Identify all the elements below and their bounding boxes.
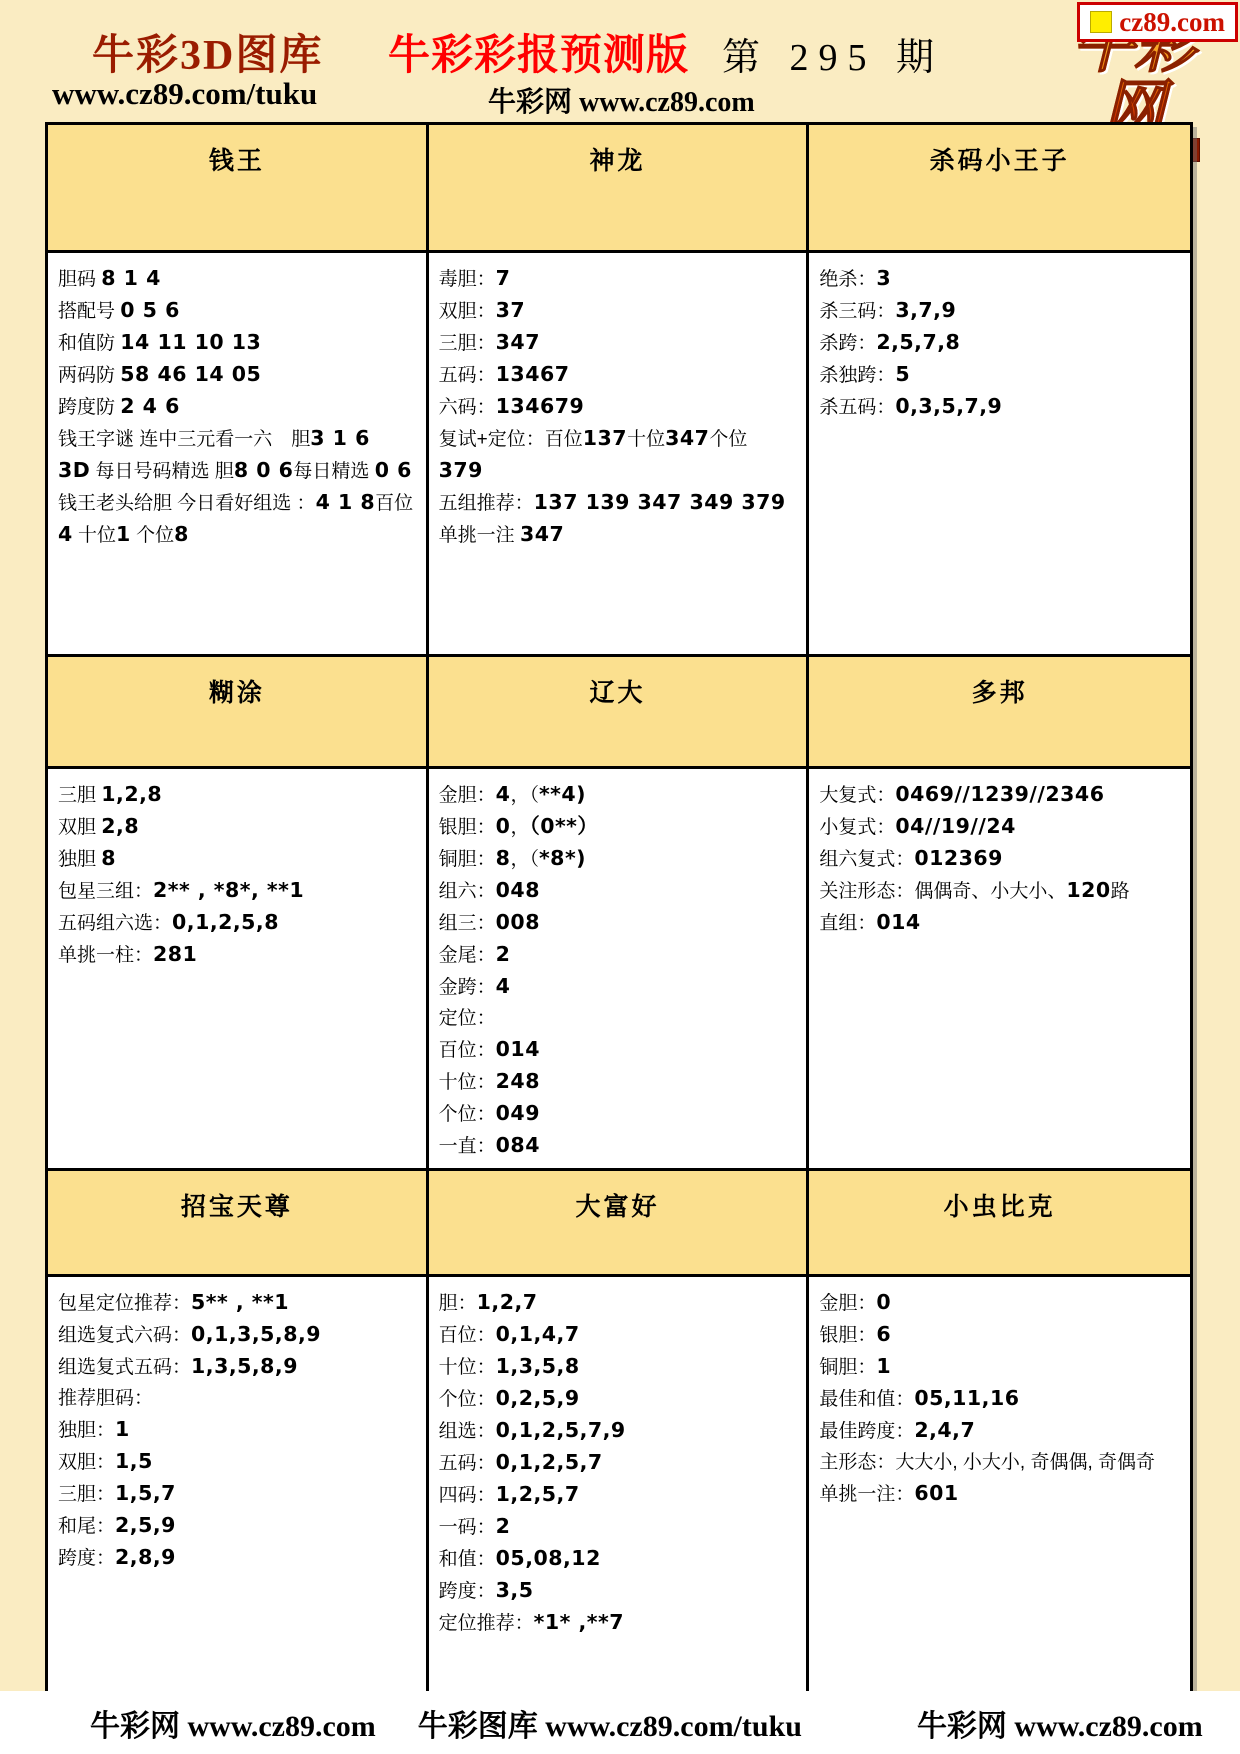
prediction-line: 百位：014 xyxy=(439,1034,797,1066)
prediction-line: 个位：0,2,5,9 xyxy=(439,1383,797,1415)
prediction-line: 杀三码：3,7,9 xyxy=(819,295,1180,327)
panel-title-shama: 杀码小王子 xyxy=(809,125,1190,253)
prediction-line: 三胆：347 xyxy=(439,327,797,359)
tuku-url: www.cz89.com/tuku xyxy=(52,76,317,112)
prediction-line: 钱王字谜 连中三元看一六 胆3 1 6 xyxy=(58,423,416,455)
site-title: 牛彩3D图库 xyxy=(92,22,323,82)
prediction-line: 最佳和值：05,11,16 xyxy=(819,1383,1180,1415)
prediction-line: 独胆 8 xyxy=(58,843,416,875)
panel-title-qianwang: 钱王 xyxy=(48,125,429,253)
prediction-line: 和值防 14 11 10 13 xyxy=(58,327,416,359)
badge-text: cz89.com xyxy=(1119,7,1225,38)
panel-body-shenlong: 毒胆：7双胆：37三胆：347五码：13467六码：134679复试+定位：百位… xyxy=(429,253,810,657)
prediction-line: 和值：05,08,12 xyxy=(439,1543,797,1575)
prediction-line: 一直：084 xyxy=(439,1130,797,1162)
prediction-line: 直组：014 xyxy=(819,907,1180,939)
prediction-line: 包星定位推荐：5** , **1 xyxy=(58,1287,416,1319)
prediction-line: 六码：134679 xyxy=(439,391,797,423)
footer-tuku-center: 牛彩图库 www.cz89.com/tuku xyxy=(418,1701,802,1745)
prediction-line: 组选：0,1,2,5,7,9 xyxy=(439,1415,797,1447)
prediction-line: 个位：049 xyxy=(439,1098,797,1130)
prediction-line: 组选复式五码：1,3,5,8,9 xyxy=(58,1351,416,1383)
prediction-line: 毒胆：7 xyxy=(439,263,797,295)
prediction-line: 跨度防 2 4 6 xyxy=(58,391,416,423)
prediction-line: 杀跨：2,5,7,8 xyxy=(819,327,1180,359)
prediction-line: 五组推荐：137 139 347 349 379 xyxy=(439,487,797,519)
prediction-line: 跨度：2,8,9 xyxy=(58,1542,416,1574)
prediction-line: 绝杀：3 xyxy=(819,263,1180,295)
prediction-line: 两码防 58 46 14 05 xyxy=(58,359,416,391)
panel-title-zhaobao: 招宝天尊 xyxy=(48,1171,429,1277)
prediction-line: 定位推荐：*1* ,**7 xyxy=(439,1607,797,1639)
prediction-line: 铜胆：8，（*8*) xyxy=(439,843,797,875)
prediction-line: 定位： xyxy=(439,1003,797,1034)
page-footer: 牛彩网 www.cz89.com 牛彩图库 www.cz89.com/tuku … xyxy=(0,1691,1240,1754)
prediction-table: 钱王 神龙 杀码小王子 胆码 8 1 4搭配号 0 5 6和值防 14 11 1… xyxy=(45,122,1193,1694)
prediction-line: 双胆 2,8 xyxy=(58,811,416,843)
panel-body-hutu: 三胆 1,2,8双胆 2,8独胆 8包星三组：2** , *8*, **1五码组… xyxy=(48,769,429,1171)
panel-title-xiaochong: 小虫比克 xyxy=(809,1171,1190,1277)
panel-title-liaoda: 辽大 xyxy=(429,657,810,769)
prediction-line: 组选复式六码：0,1,3,5,8,9 xyxy=(58,1319,416,1351)
prediction-line: 十位：1,3,5,8 xyxy=(439,1351,797,1383)
corner-badge: cz89.com xyxy=(1077,2,1238,42)
prediction-line: 金跨：4 xyxy=(439,971,797,1003)
prediction-line: 独胆：1 xyxy=(58,1414,416,1446)
prediction-line: 大复式：0469//1239//2346 xyxy=(819,779,1180,811)
prediction-line: 包星三组：2** , *8*, **1 xyxy=(58,875,416,907)
prediction-line: 五码：0,1,2,5,7 xyxy=(439,1447,797,1479)
panel-body-dafuhao: 胆：1,2,7百位：0,1,4,7十位：1,3,5,8个位：0,2,5,9组选：… xyxy=(429,1277,810,1691)
prediction-line: 最佳跨度：2,4,7 xyxy=(819,1415,1180,1447)
prediction-line: 五码组六选：0,1,2,5,8 xyxy=(58,907,416,939)
panel-body-liaoda: 金胆：4，（**4)银胆：0，（0**）铜胆：8，（*8*)组六：048组三：0… xyxy=(429,769,810,1171)
prediction-line: 银胆：0，（0**） xyxy=(439,811,797,843)
prediction-line: 组三：008 xyxy=(439,907,797,939)
report-title: 牛彩彩报预测版 xyxy=(388,22,689,82)
prediction-line: 主形态：大大小, 小大小, 奇偶偶, 奇偶奇 xyxy=(819,1447,1180,1478)
prediction-line: 银胆：6 xyxy=(819,1319,1180,1351)
prediction-line: 胆码 8 1 4 xyxy=(58,263,416,295)
prediction-line: 跨度：3,5 xyxy=(439,1575,797,1607)
prediction-line: 胆：1,2,7 xyxy=(439,1287,797,1319)
site-url-center: 牛彩网 www.cz89.com xyxy=(488,80,755,120)
panel-title-dafuhao: 大富好 xyxy=(429,1171,810,1277)
footer-site-left: 牛彩网 www.cz89.com xyxy=(90,1701,376,1745)
issue-number: 第 295 期 xyxy=(722,26,944,81)
prediction-line: 组六复式：012369 xyxy=(819,843,1180,875)
panel-title-shenlong: 神龙 xyxy=(429,125,810,253)
prediction-line: 金胆：4，（**4) xyxy=(439,779,797,811)
prediction-line: 百位：0,1,4,7 xyxy=(439,1319,797,1351)
prediction-line: 四码：1,2,5,7 xyxy=(439,1479,797,1511)
footer-site-right: 牛彩网 www.cz89.com xyxy=(917,1701,1203,1745)
prediction-line: 组六：048 xyxy=(439,875,797,907)
prediction-line: 十位：248 xyxy=(439,1066,797,1098)
prediction-line: 推荐胆码： xyxy=(58,1383,416,1414)
prediction-line: 杀独跨：5 xyxy=(819,359,1180,391)
prediction-line: 关注形态：偶偶奇、小大小、120路 xyxy=(819,875,1180,907)
prediction-line: 单挑一柱：281 xyxy=(58,939,416,971)
panel-body-qianwang: 胆码 8 1 4搭配号 0 5 6和值防 14 11 10 13两码防 58 4… xyxy=(48,253,429,657)
panel-title-duobang: 多邦 xyxy=(809,657,1190,769)
prediction-line: 三胆 1,2,8 xyxy=(58,779,416,811)
panel-body-zhaobao: 包星定位推荐：5** , **1组选复式六码：0,1,3,5,8,9组选复式五码… xyxy=(48,1277,429,1691)
prediction-line: 杀五码：0,3,5,7,9 xyxy=(819,391,1180,423)
prediction-line: 铜胆：1 xyxy=(819,1351,1180,1383)
prediction-line: 金尾：2 xyxy=(439,939,797,971)
panel-body-duobang: 大复式：0469//1239//2346小复式：04//19//24组六复式：0… xyxy=(809,769,1190,1171)
prediction-line: 钱王老头给胆 今日看好组选 ：4 1 8百位4 十位1 个位8 xyxy=(58,487,416,551)
prediction-line: 和尾：2,5,9 xyxy=(58,1510,416,1542)
panel-body-xiaochong: 金胆：0银胆：6铜胆：1最佳和值：05,11,16最佳跨度：2,4,7主形态：大… xyxy=(809,1277,1190,1691)
panel-body-shama: 绝杀：3杀三码：3,7,9杀跨：2,5,7,8杀独跨：5杀五码：0,3,5,7,… xyxy=(809,253,1190,657)
prediction-line: 复试+定位：百位137十位347个位 379 xyxy=(439,423,797,487)
prediction-line: 搭配号 0 5 6 xyxy=(58,295,416,327)
prediction-line: 双胆：1,5 xyxy=(58,1446,416,1478)
prediction-line: 金胆：0 xyxy=(819,1287,1180,1319)
prediction-line: 一码：2 xyxy=(439,1511,797,1543)
prediction-line: 双胆：37 xyxy=(439,295,797,327)
prediction-line: 单挑一注 347 xyxy=(439,519,797,551)
badge-square-icon xyxy=(1090,11,1112,33)
page-header: 牛彩3D图库 牛彩彩报预测版 第 295 期 www.cz89.com/tuku… xyxy=(0,0,1240,122)
prediction-line: 五码：13467 xyxy=(439,359,797,391)
prediction-line: 3D 每日号码精选 胆8 0 6每日精选 0 6 xyxy=(58,455,416,487)
prediction-line: 三胆：1,5,7 xyxy=(58,1478,416,1510)
prediction-line: 小复式：04//19//24 xyxy=(819,811,1180,843)
prediction-line: 单挑一注：601 xyxy=(819,1478,1180,1510)
panel-title-hutu: 糊涂 xyxy=(48,657,429,769)
